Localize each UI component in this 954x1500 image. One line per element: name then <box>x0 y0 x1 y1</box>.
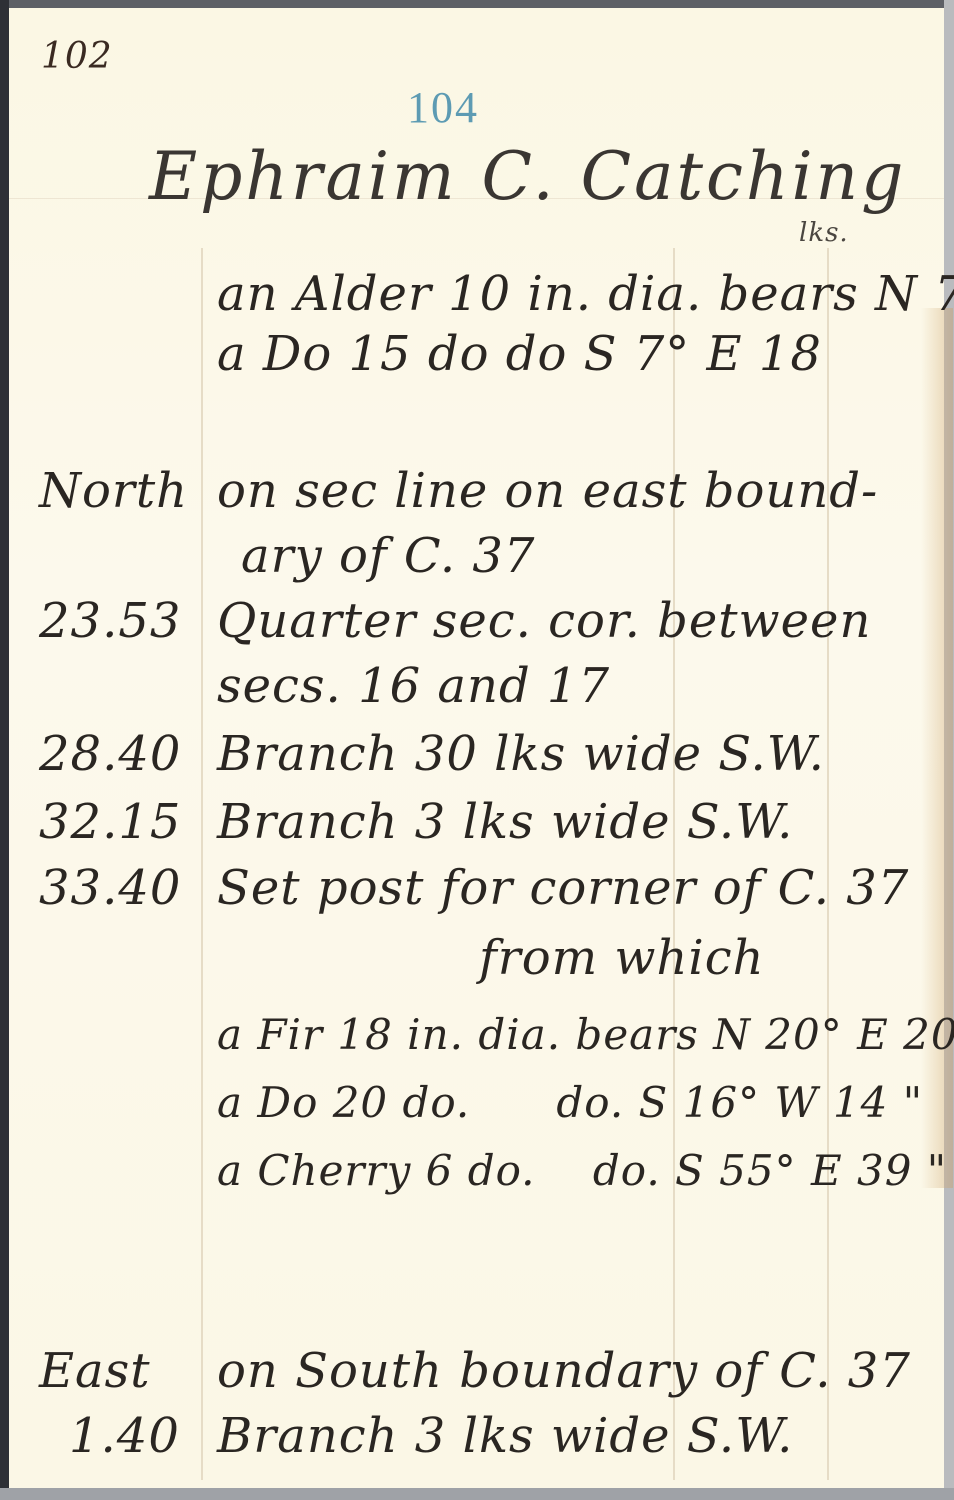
header-entry: an Alder 10 in. dia. bears N 76° W 31 <box>217 266 954 322</box>
entry-distance: 32.15 <box>39 794 181 850</box>
entry-text: ary of C. 37 <box>241 528 535 584</box>
entry-distance: North <box>39 463 188 519</box>
bearing-tree-entry: a Fir 18 in. dia. bears N 20° E 20 lks. <box>217 1010 954 1059</box>
entry-text: on sec line on east bound- <box>217 463 878 519</box>
links-unit-label: lks. <box>799 218 849 248</box>
entry-text: Branch 30 lks wide S.W. <box>217 726 825 782</box>
viewer-frame-left <box>0 0 9 1500</box>
entry-text: from which <box>479 930 765 986</box>
entry-distance: 28.40 <box>39 726 181 782</box>
column-rule-left <box>201 248 203 1480</box>
entry-text: Quarter sec. cor. between <box>217 593 871 649</box>
entry-text: Branch 3 lks wide S.W. <box>217 794 793 850</box>
entry-distance: 1.40 <box>69 1408 180 1464</box>
entry-distance: 33.40 <box>39 860 181 916</box>
page-title: Ephraim C. Catching <box>149 138 906 215</box>
page-number-stamp: 104 <box>407 82 479 133</box>
corner-page-note: 102 <box>41 36 113 77</box>
bearing-tree-entry: a Do 20 do. do. S 16° W 14 " <box>217 1078 923 1127</box>
viewer-frame-bottom <box>0 1488 954 1500</box>
entry-distance: 23.53 <box>39 593 181 649</box>
bearing-tree-entry: a Cherry 6 do. do. S 55° E 39 " <box>217 1146 947 1195</box>
viewer-frame-top <box>0 0 954 8</box>
entry-text: on South boundary of C. 37 <box>217 1343 911 1399</box>
entry-distance: East <box>39 1343 151 1399</box>
entry-text: Set post for corner of C. 37 <box>217 860 909 916</box>
entry-text: secs. 16 and 17 <box>217 658 610 714</box>
header-entry: a Do 15 do do S 7° E 18 <box>217 326 822 382</box>
entry-text: Branch 3 lks wide S.W. <box>217 1408 793 1464</box>
manuscript-page: 102 104 Ephraim C. Catching lks. an Alde… <box>9 8 944 1488</box>
